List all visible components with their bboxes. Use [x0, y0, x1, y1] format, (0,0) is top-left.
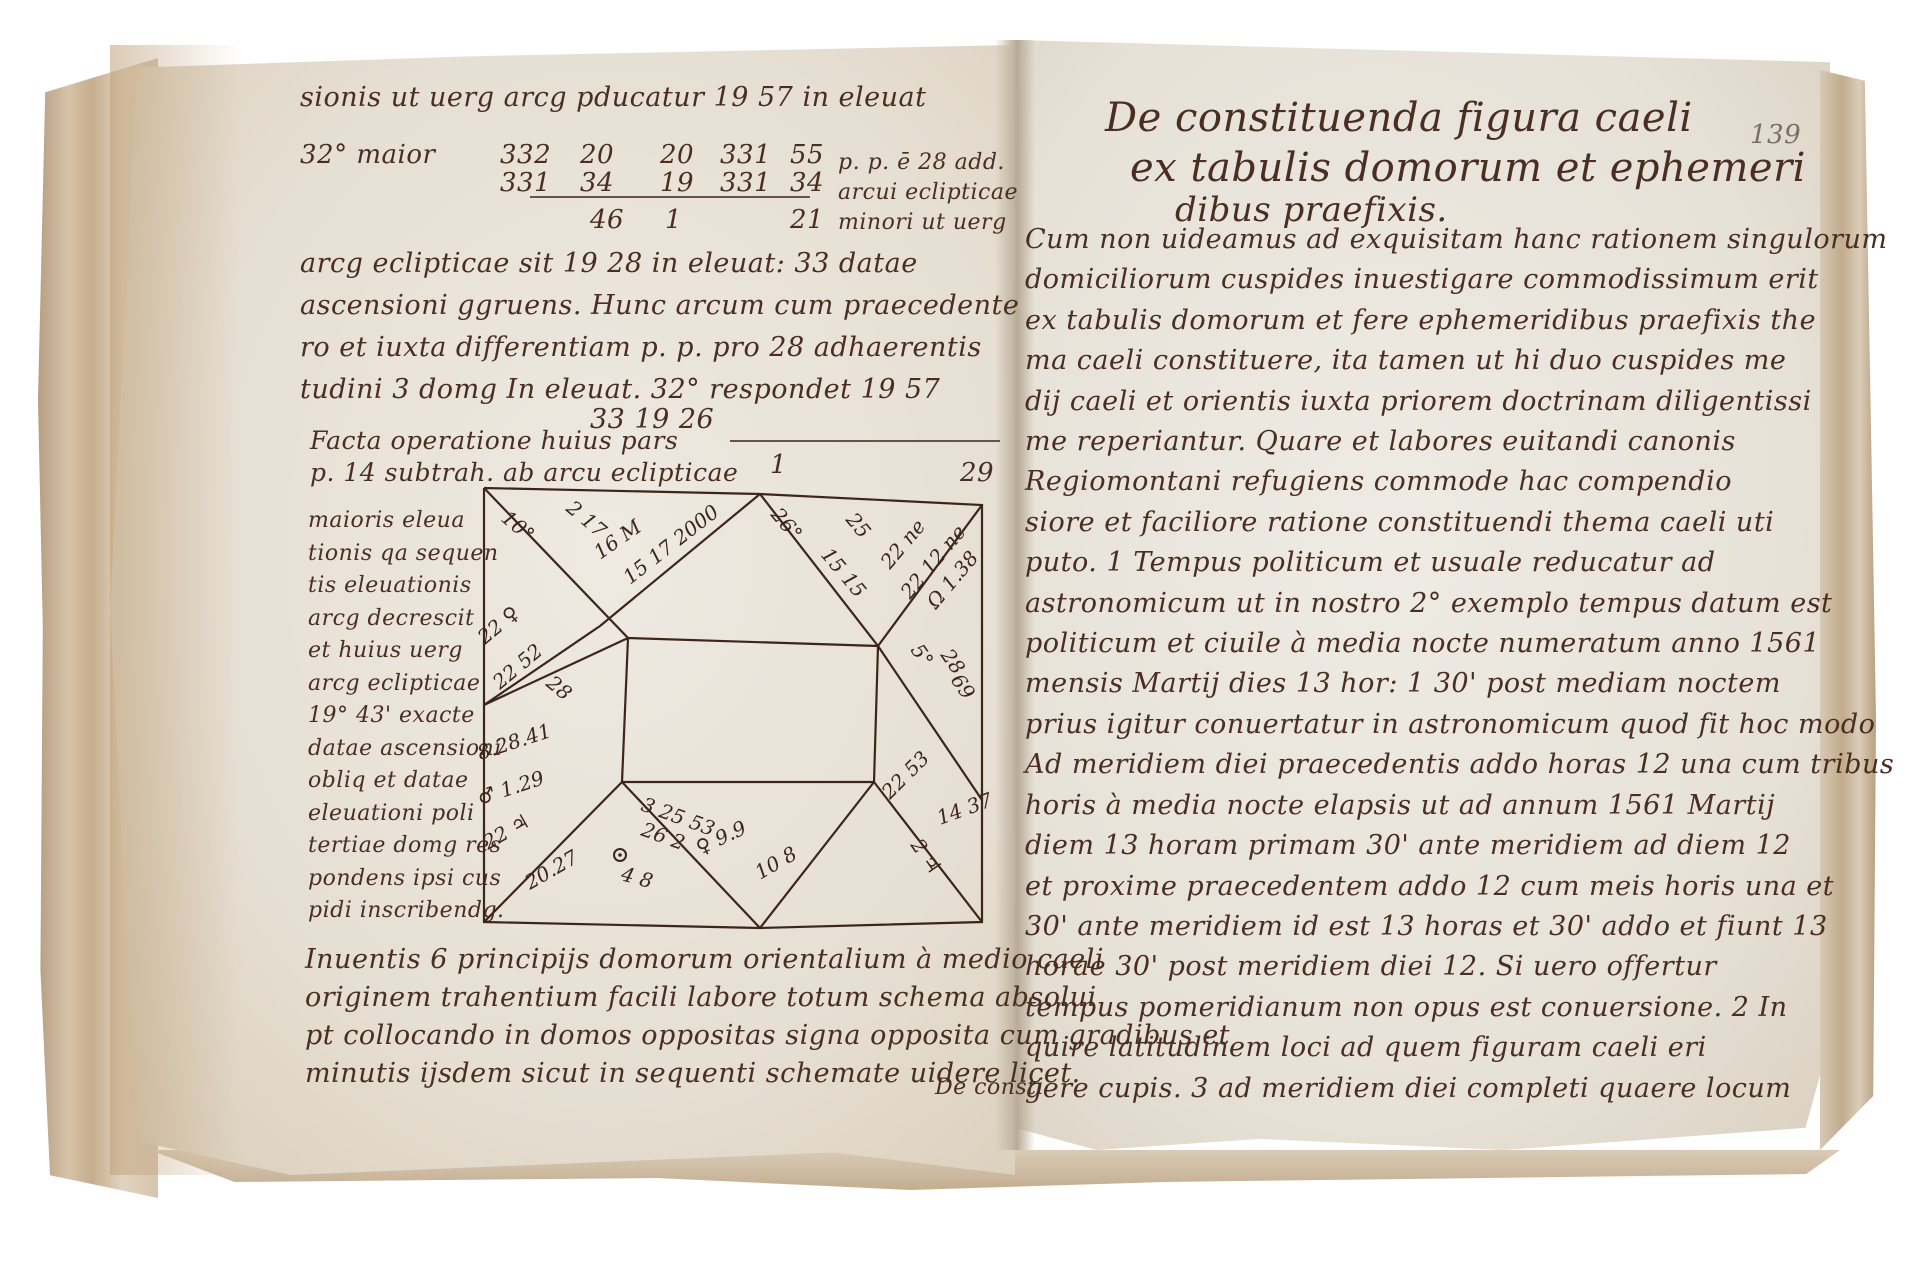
- calc-row1-c2: 20: [580, 140, 614, 170]
- facta-line-1: Facta operatione huius pars: [310, 426, 678, 455]
- body-line-1: Cum non uideamus ad exquisitam hanc rati…: [1025, 220, 1894, 260]
- chart-label-23: 4 8: [618, 861, 656, 893]
- horoscope-chart: 10° 2 17 16 M 15 17 2000 26° 25 15 15 22…: [470, 480, 1000, 940]
- calc-row1-c1: 332: [500, 140, 551, 170]
- bottom-para-1: Inuentis 6 principijs domorum orientaliu…: [305, 944, 1104, 975]
- calc-row2-c4: 331: [720, 168, 771, 198]
- body-line-10: astronomicum ut in nostro 2° exemplo tem…: [1025, 584, 1894, 624]
- body-line-22: gere cupis. 3 ad meridiem diei completi …: [1025, 1069, 1894, 1109]
- margin-note-3: minori ut uerg: [838, 210, 1007, 235]
- body-line-17: et proxime praecedentem addo 12 cum meis…: [1025, 867, 1894, 907]
- body-line-6: me reperiantur. Quare et labores euitand…: [1025, 422, 1894, 462]
- chart-label-19: 20.27: [520, 845, 583, 895]
- chart-label-13: 22 ♀: [472, 601, 524, 650]
- margin-note-1: p. p. ē 28 add.: [838, 150, 1005, 175]
- left-line-1: sionis ut uerg arcg pducatur 19 57 in el…: [300, 82, 926, 113]
- body-line-14: Ad meridiem diei praecedentis addo horas…: [1025, 745, 1894, 785]
- chart-label-24: 10 8: [751, 841, 802, 884]
- calc-row1-c5: 55: [790, 140, 824, 170]
- calc-label: 32° maior: [300, 140, 435, 170]
- calc-diff-2: 1: [665, 205, 682, 235]
- body-line-4: ma caeli constituere, ita tamen ut hi du…: [1025, 341, 1894, 381]
- chart-label-26: 14 37: [934, 787, 996, 829]
- margin-note-2: arcui eclipticae: [838, 180, 1018, 205]
- body-line-20: tempus pomeridianum non opus est conuers…: [1025, 988, 1894, 1028]
- body-line-13: prius igitur conuertatur in astronomicum…: [1025, 705, 1894, 745]
- calc-row2-c1: 331: [500, 168, 551, 198]
- left-line-7: ro et iuxta differentiam p. p. pro 28 ad…: [300, 332, 982, 363]
- chart-label-5: 25: [841, 507, 876, 543]
- body-line-16: diem 13 horam primam 30' ante meridiem a…: [1025, 826, 1894, 866]
- bottom-para-2: originem trahentium facili labore totum …: [305, 982, 1097, 1013]
- chapter-title-2: ex tabulis domorum et ephemeri: [1130, 145, 1806, 191]
- chapter-title-1: De constituenda figura caeli: [1105, 95, 1693, 141]
- body-line-21: quire latitudinem loci ad quem figuram c…: [1025, 1028, 1894, 1068]
- chart-label-3: 15 17 2000: [618, 499, 723, 589]
- calc-row1-c4: 331: [720, 140, 771, 170]
- facta-col1: 1: [770, 450, 787, 480]
- body-line-11: politicum et ciuile à media nocte numera…: [1025, 624, 1894, 664]
- body-line-12: mensis Martij dies 13 hor: 1 30' post me…: [1025, 664, 1894, 704]
- body-line-5: dij caeli et orientis iuxta priorem doct…: [1025, 382, 1894, 422]
- body-line-7: Regiomontani refugiens commode hac compe…: [1025, 462, 1894, 502]
- body-line-3: ex tabulis domorum et fere ephemeridibus…: [1025, 301, 1894, 341]
- left-line-5: arcg eclipticae sit 19 28 in eleuat: 33 …: [300, 248, 918, 279]
- left-line-6: ascensioni ggruens. Hunc arcum cum praec…: [300, 290, 1019, 321]
- calc-row2-c2: 34: [580, 168, 614, 198]
- chart-label-10: 5°: [906, 639, 939, 671]
- chart-label-25: 22 53: [876, 746, 934, 804]
- chart-label-6: 15 15: [816, 543, 871, 602]
- left-page-aged-shade: [110, 45, 240, 1175]
- calc-diff-3: 21: [790, 205, 824, 235]
- body-line-18: 30' ante meridiem id est 13 horas et 30'…: [1025, 907, 1894, 947]
- body-line-15: horis à media nocte elapsis ut ad annum …: [1025, 786, 1894, 826]
- chart-label-27: 2 ♃: [905, 833, 946, 878]
- body-line-2: domiciliorum cuspides inuestigare commod…: [1025, 260, 1894, 300]
- body-line-9: puto. 1 Tempus politicum et usuale reduc…: [1025, 543, 1894, 583]
- chart-label-14: 22 52: [487, 639, 547, 695]
- body-line-19: horae 30' post meridiem diei 12. Si uero…: [1025, 947, 1894, 987]
- chart-label-18: 22 ♃: [478, 809, 534, 855]
- calc-row2-c5: 34: [790, 168, 824, 198]
- calc-diff-1: 46: [590, 205, 624, 235]
- calc-sum-rule: [530, 196, 810, 198]
- right-page-body: Cum non uideamus ad exquisitam hanc rati…: [1025, 220, 1894, 1109]
- body-line-8: siore et faciliore ratione constituendi …: [1025, 503, 1894, 543]
- chart-label-16: 8.28.41: [474, 718, 554, 764]
- calc-row1-c3: 20: [660, 140, 694, 170]
- left-line-8: tudini 3 domg In eleuat. 32° respondet 1…: [300, 374, 940, 405]
- facta-rule: [730, 440, 1000, 442]
- calc-row2-c3: 19: [660, 168, 694, 198]
